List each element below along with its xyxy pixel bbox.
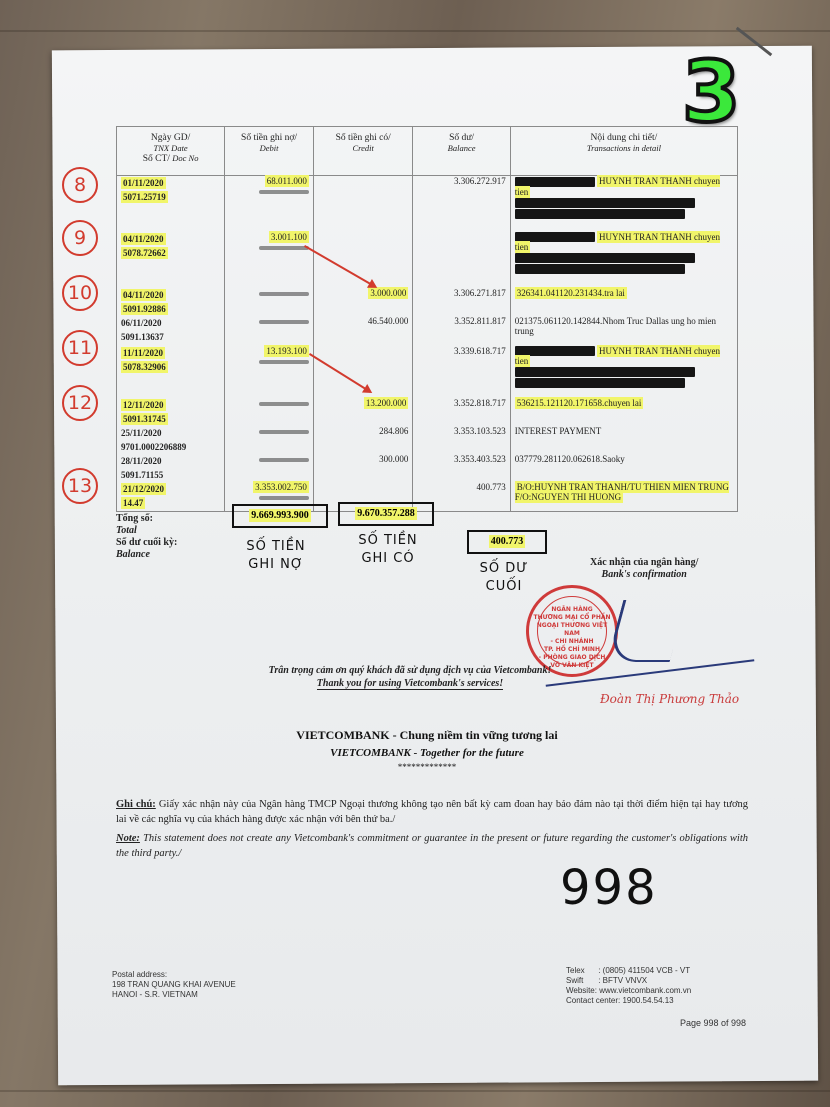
cell-detail: 536215.121120.171658.chuyen lai	[510, 398, 737, 426]
header-debit: Số tiền ghi nợ/Debit	[225, 127, 314, 176]
row-marker-circle: 8	[62, 167, 98, 203]
table-row: 28/11/20205091.71155300.0003.353.403.523…	[117, 454, 738, 482]
cell-date: 01/11/20205071.25719	[117, 176, 225, 232]
cell-detail: HUYNH TRAN THANH chuyen tien	[510, 176, 737, 232]
cell-date: 21/12/202014.47	[117, 482, 225, 512]
cell-debit: 3.001.100	[225, 232, 314, 288]
bank-motto: VIETCOMBANK - Chung niềm tin vững tương …	[116, 728, 738, 772]
cell-balance: 3.306.271.817	[413, 288, 510, 316]
closing-balance-box: 400.773	[467, 530, 547, 554]
cell-detail: HUYNH TRAN THANH chuyen tien	[510, 346, 737, 398]
thank-you-note: Trân trọng cảm ơn quý khách đã sử dụng d…	[220, 664, 600, 690]
cell-balance: 3.339.618.717	[413, 346, 510, 398]
handwritten-balance-note: SỐ DƯ CUỐI	[474, 560, 534, 596]
row-marker-circle: 12	[62, 385, 98, 421]
cell-detail: HUYNH TRAN THANH chuyen tien	[510, 232, 737, 288]
handwritten-page-number: 998	[560, 860, 658, 916]
cell-debit: 68.011.000	[225, 176, 314, 232]
cell-credit: 46.540.000	[313, 316, 413, 346]
header-date: Ngày GD/TNX DateSố CT/ Doc No	[117, 127, 225, 176]
cell-date: 11/11/20205078.32906	[117, 346, 225, 398]
cell-balance: 3.353.103.523	[413, 426, 510, 454]
cell-date: 25/11/20209701.0002206889	[117, 426, 225, 454]
cell-detail: 326341.041120.231434.tra lai	[510, 288, 737, 316]
transactions-table: Ngày GD/TNX DateSố CT/ Doc No Số tiền gh…	[116, 126, 738, 512]
cell-balance: 3.352.818.717	[413, 398, 510, 426]
cell-date: 12/11/20205091.31745	[117, 398, 225, 426]
cell-balance: 3.353.403.523	[413, 454, 510, 482]
cell-credit: 300.000	[313, 454, 413, 482]
row-marker-circle: 11	[62, 330, 98, 366]
row-marker-circle: 13	[62, 468, 98, 504]
cell-balance: 3.306.272.917	[413, 176, 510, 232]
table-row: 04/11/20205078.726623.001.100 HUYNH TRAN…	[117, 232, 738, 288]
contact-info: Telex : (0805) 411504 VCB - VT Swift : B…	[566, 966, 691, 1006]
total-credit-box: 9.670.357.288	[338, 502, 434, 526]
page-badge: 3	[682, 50, 740, 134]
cell-credit: 284.806	[313, 426, 413, 454]
redaction	[515, 367, 695, 377]
wood-grain	[0, 1090, 830, 1092]
cell-balance	[413, 232, 510, 288]
cell-debit	[225, 454, 314, 482]
cell-detail: 021375.061120.142844.Nhom Truc Dallas un…	[510, 316, 737, 346]
table-header-row: Ngày GD/TNX DateSố CT/ Doc No Số tiền gh…	[117, 127, 738, 176]
cell-debit	[225, 316, 314, 346]
cell-debit: 13.193.100	[225, 346, 314, 398]
cell-detail: 037779.281120.062618.Saoky	[510, 454, 737, 482]
cell-date: 04/11/20205091.92886	[117, 288, 225, 316]
handwritten-debit-note: SỐ TIỀN GHI NỢ	[236, 538, 316, 574]
total-debit-box: 9.669.993.900	[232, 504, 328, 528]
cell-credit	[313, 176, 413, 232]
cell-date: 28/11/20205091.71155	[117, 454, 225, 482]
redaction	[515, 264, 685, 274]
redaction	[515, 198, 695, 208]
row-marker-circle: 10	[62, 275, 98, 311]
cell-credit: 3.000.000	[313, 288, 413, 316]
disclaimer-notes: Ghi chú: Giấy xác nhận này của Ngân hàng…	[116, 797, 748, 861]
totals-labels: Tổng số: Total Số dư cuối kỳ: Balance	[116, 513, 177, 561]
table-row: 04/11/20205091.928863.000.0003.306.271.8…	[117, 288, 738, 316]
handwritten-credit-note: SỐ TIỀN GHI CÓ	[348, 532, 428, 568]
cell-detail: B/O:HUYNH TRAN THANH/TU THIEN MIEN TRUNG…	[510, 482, 737, 512]
wood-grain	[0, 30, 830, 32]
redaction	[515, 253, 695, 263]
bank-confirmation: Xác nhận của ngân hàng/ Bank's confirmat…	[590, 557, 698, 581]
table-row: 12/11/20205091.3174513.200.0003.352.818.…	[117, 398, 738, 426]
cell-debit	[225, 398, 314, 426]
redaction	[515, 209, 685, 219]
cell-debit	[225, 288, 314, 316]
table-row: 25/11/20209701.0002206889284.8063.353.10…	[117, 426, 738, 454]
table-row: 06/11/20205091.1363746.540.0003.352.811.…	[117, 316, 738, 346]
cell-detail: INTEREST PAYMENT	[510, 426, 737, 454]
postal-address: Postal address: 198 TRAN QUANG KHAI AVEN…	[112, 970, 236, 1000]
cell-balance: 3.352.811.817	[413, 316, 510, 346]
cell-date: 06/11/20205091.13637	[117, 316, 225, 346]
header-credit: Số tiền ghi có/Credit	[313, 127, 413, 176]
header-balance: Số dư/Balance	[413, 127, 510, 176]
table-row: 11/11/20205078.3290613.193.1003.339.618.…	[117, 346, 738, 398]
cell-credit: 13.200.000	[313, 398, 413, 426]
table-row: 01/11/20205071.2571968.011.0003.306.272.…	[117, 176, 738, 232]
cell-debit	[225, 426, 314, 454]
row-marker-circle: 9	[62, 220, 98, 256]
page-number: Page 998 of 998	[680, 1018, 746, 1028]
signer-name: Đoàn Thị Phương Thảo	[600, 692, 739, 706]
header-detail: Nội dung chi tiết/Transactions in detail	[510, 127, 737, 176]
redaction	[515, 378, 685, 388]
cell-date: 04/11/20205078.72662	[117, 232, 225, 288]
